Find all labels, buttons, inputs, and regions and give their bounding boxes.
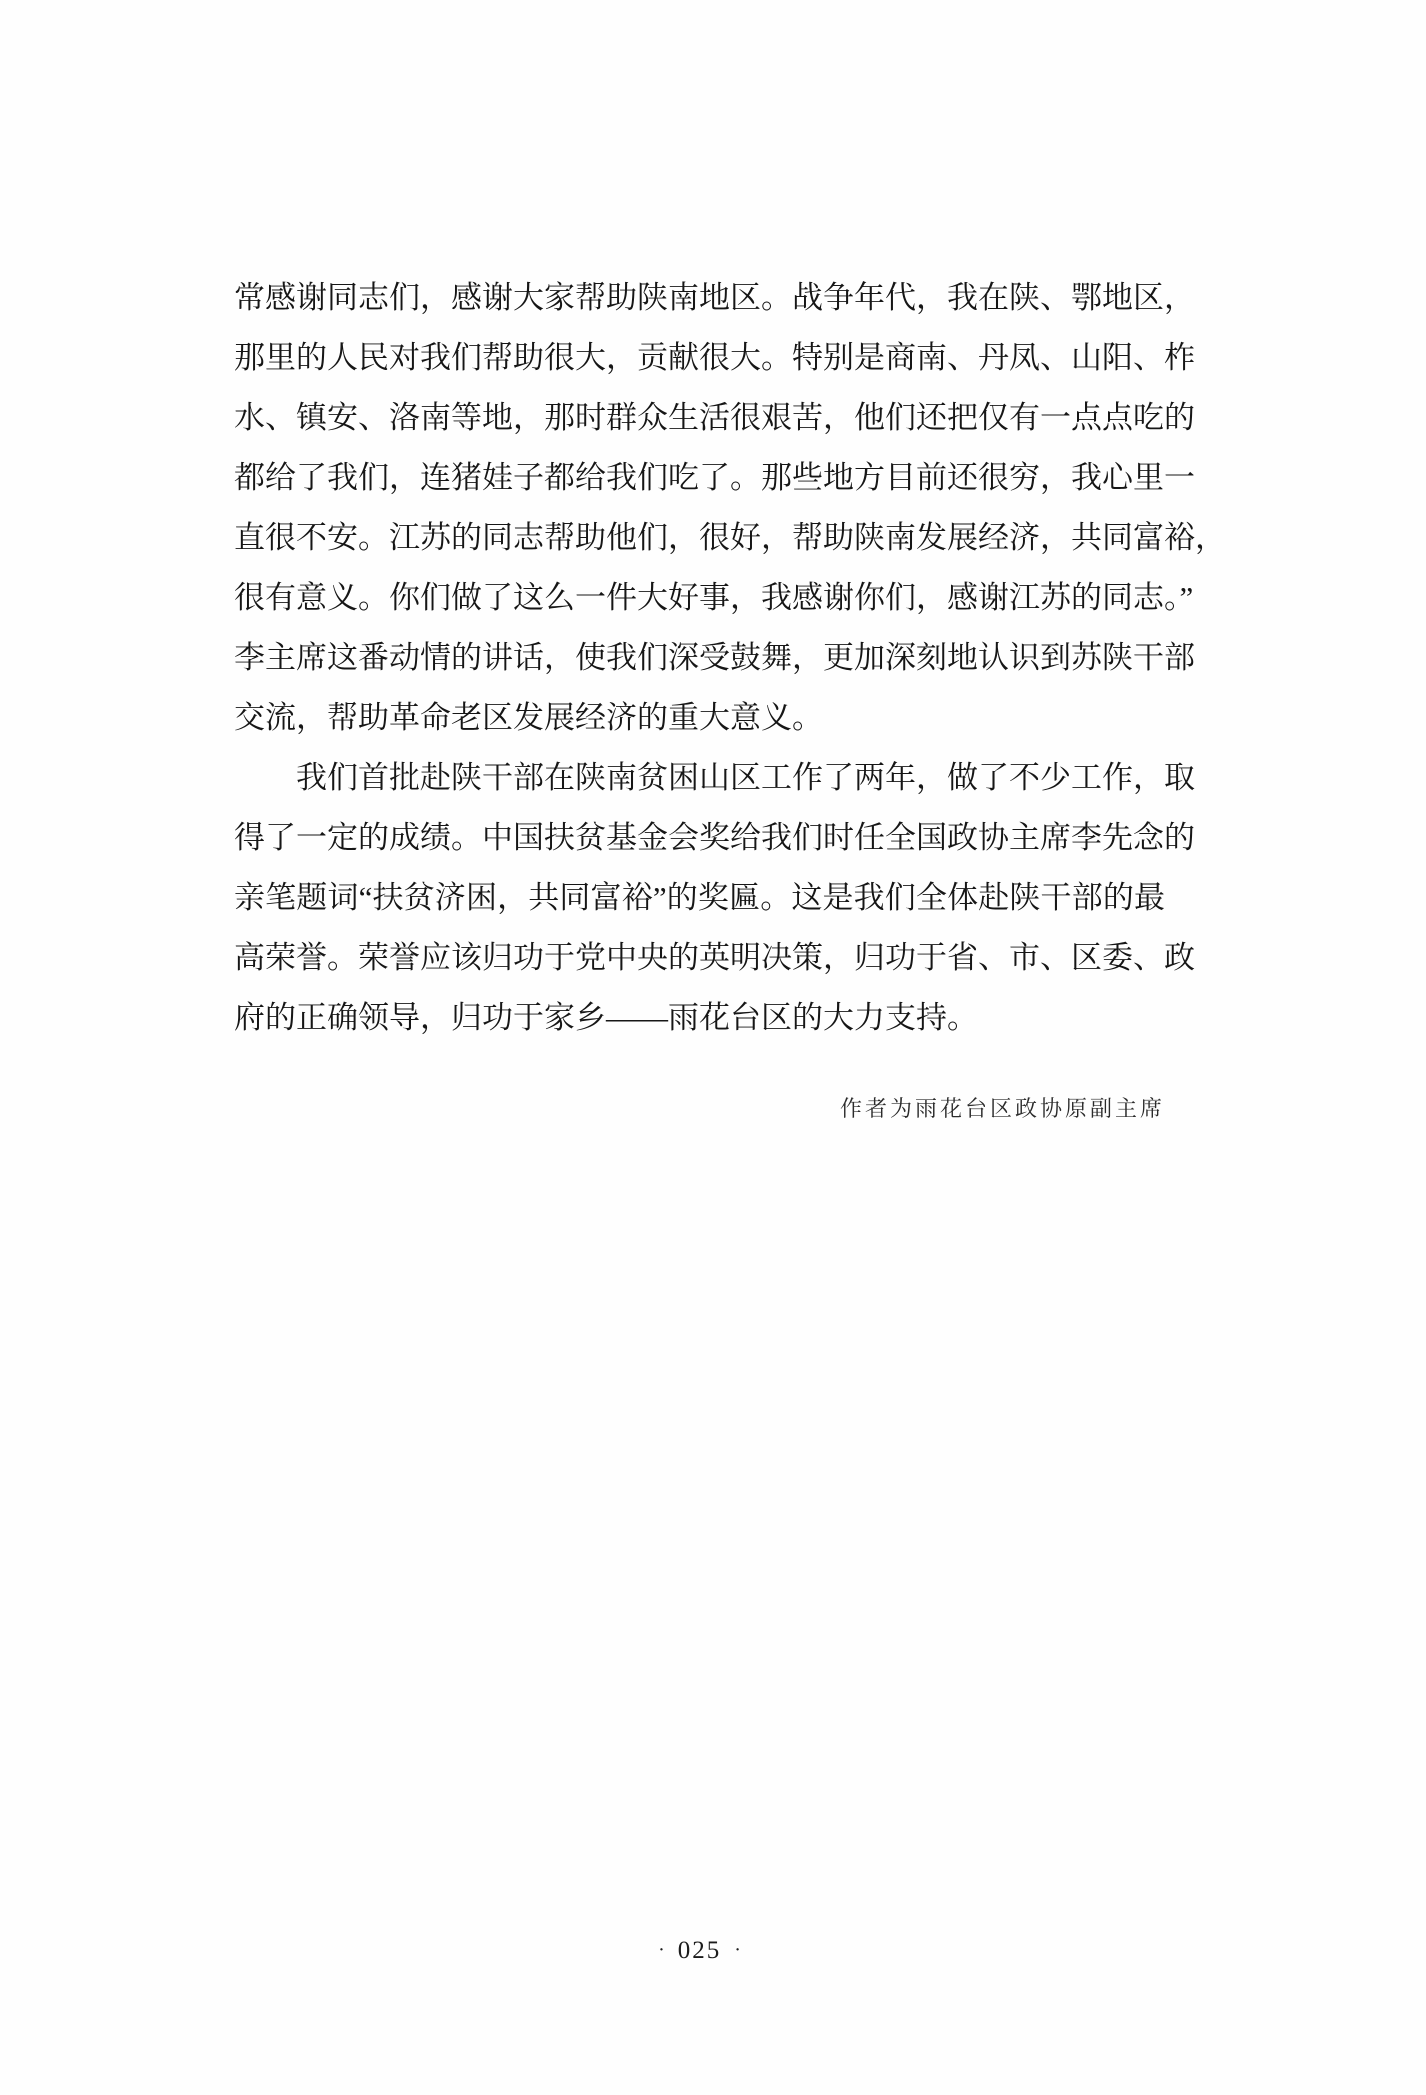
page-footer: ·025· <box>234 1928 1165 1972</box>
body-text: 常感谢同志们，感谢大家帮助陕南地区。战争年代，我在陕、鄂地区， 那里的人民对我们… <box>234 268 1165 1048</box>
paragraph-1: 常感谢同志们，感谢大家帮助陕南地区。战争年代，我在陕、鄂地区， 那里的人民对我们… <box>234 268 1165 748</box>
author-attribution: 作者为雨花台区政协原副主席 <box>234 1079 1165 1139</box>
text-line: 那里的人民对我们帮助很大，贡献很大。特别是商南、丹凤、山阳、柞 <box>234 328 1165 388</box>
text-line: 亲笔题词“扶贫济困，共同富裕”的奖匾。这是我们全体赴陕干部的最 <box>234 868 1165 928</box>
text-line: 我们首批赴陕干部在陕南贫困山区工作了两年，做了不少工作，取 <box>234 748 1165 808</box>
text-line: 高荣誉。荣誉应该归功于党中央的英明决策，归功于省、市、区委、政 <box>234 928 1165 988</box>
text-line: 交流，帮助革命老区发展经济的重大意义。 <box>234 688 1165 748</box>
footer-dot-left: · <box>658 1939 665 1961</box>
text-line: 很有意义。你们做了这么一件大好事，我感谢你们，感谢江苏的同志。” <box>234 568 1165 628</box>
text-line: 水、镇安、洛南等地，那时群众生活很艰苦，他们还把仅有一点点吃的 <box>234 388 1165 448</box>
text-line: 府的正确领导，归功于家乡——雨花台区的大力支持。 <box>234 988 1165 1048</box>
footer-dot-right: · <box>734 1939 741 1961</box>
text-line: 直很不安。江苏的同志帮助他们，很好，帮助陕南发展经济，共同富裕， <box>234 508 1165 568</box>
page-number: 025 <box>678 1937 722 1964</box>
text-line: 都给了我们，连猪娃子都给我们吃了。那些地方目前还很穷，我心里一 <box>234 448 1165 508</box>
text-line: 得了一定的成绩。中国扶贫基金会奖给我们时任全国政协主席李先念的 <box>234 808 1165 868</box>
page-background: 常感谢同志们，感谢大家帮助陕南地区。战争年代，我在陕、鄂地区， 那里的人民对我们… <box>0 0 1426 2095</box>
document-page: { "page": { "background": "#fefefe", "te… <box>0 0 1426 2095</box>
paragraph-2: 我们首批赴陕干部在陕南贫困山区工作了两年，做了不少工作，取 得了一定的成绩。中国… <box>234 748 1165 1048</box>
text-line: 李主席这番动情的讲话，使我们深受鼓舞，更加深刻地认识到苏陕干部 <box>234 628 1165 688</box>
text-line: 常感谢同志们，感谢大家帮助陕南地区。战争年代，我在陕、鄂地区， <box>234 268 1165 328</box>
